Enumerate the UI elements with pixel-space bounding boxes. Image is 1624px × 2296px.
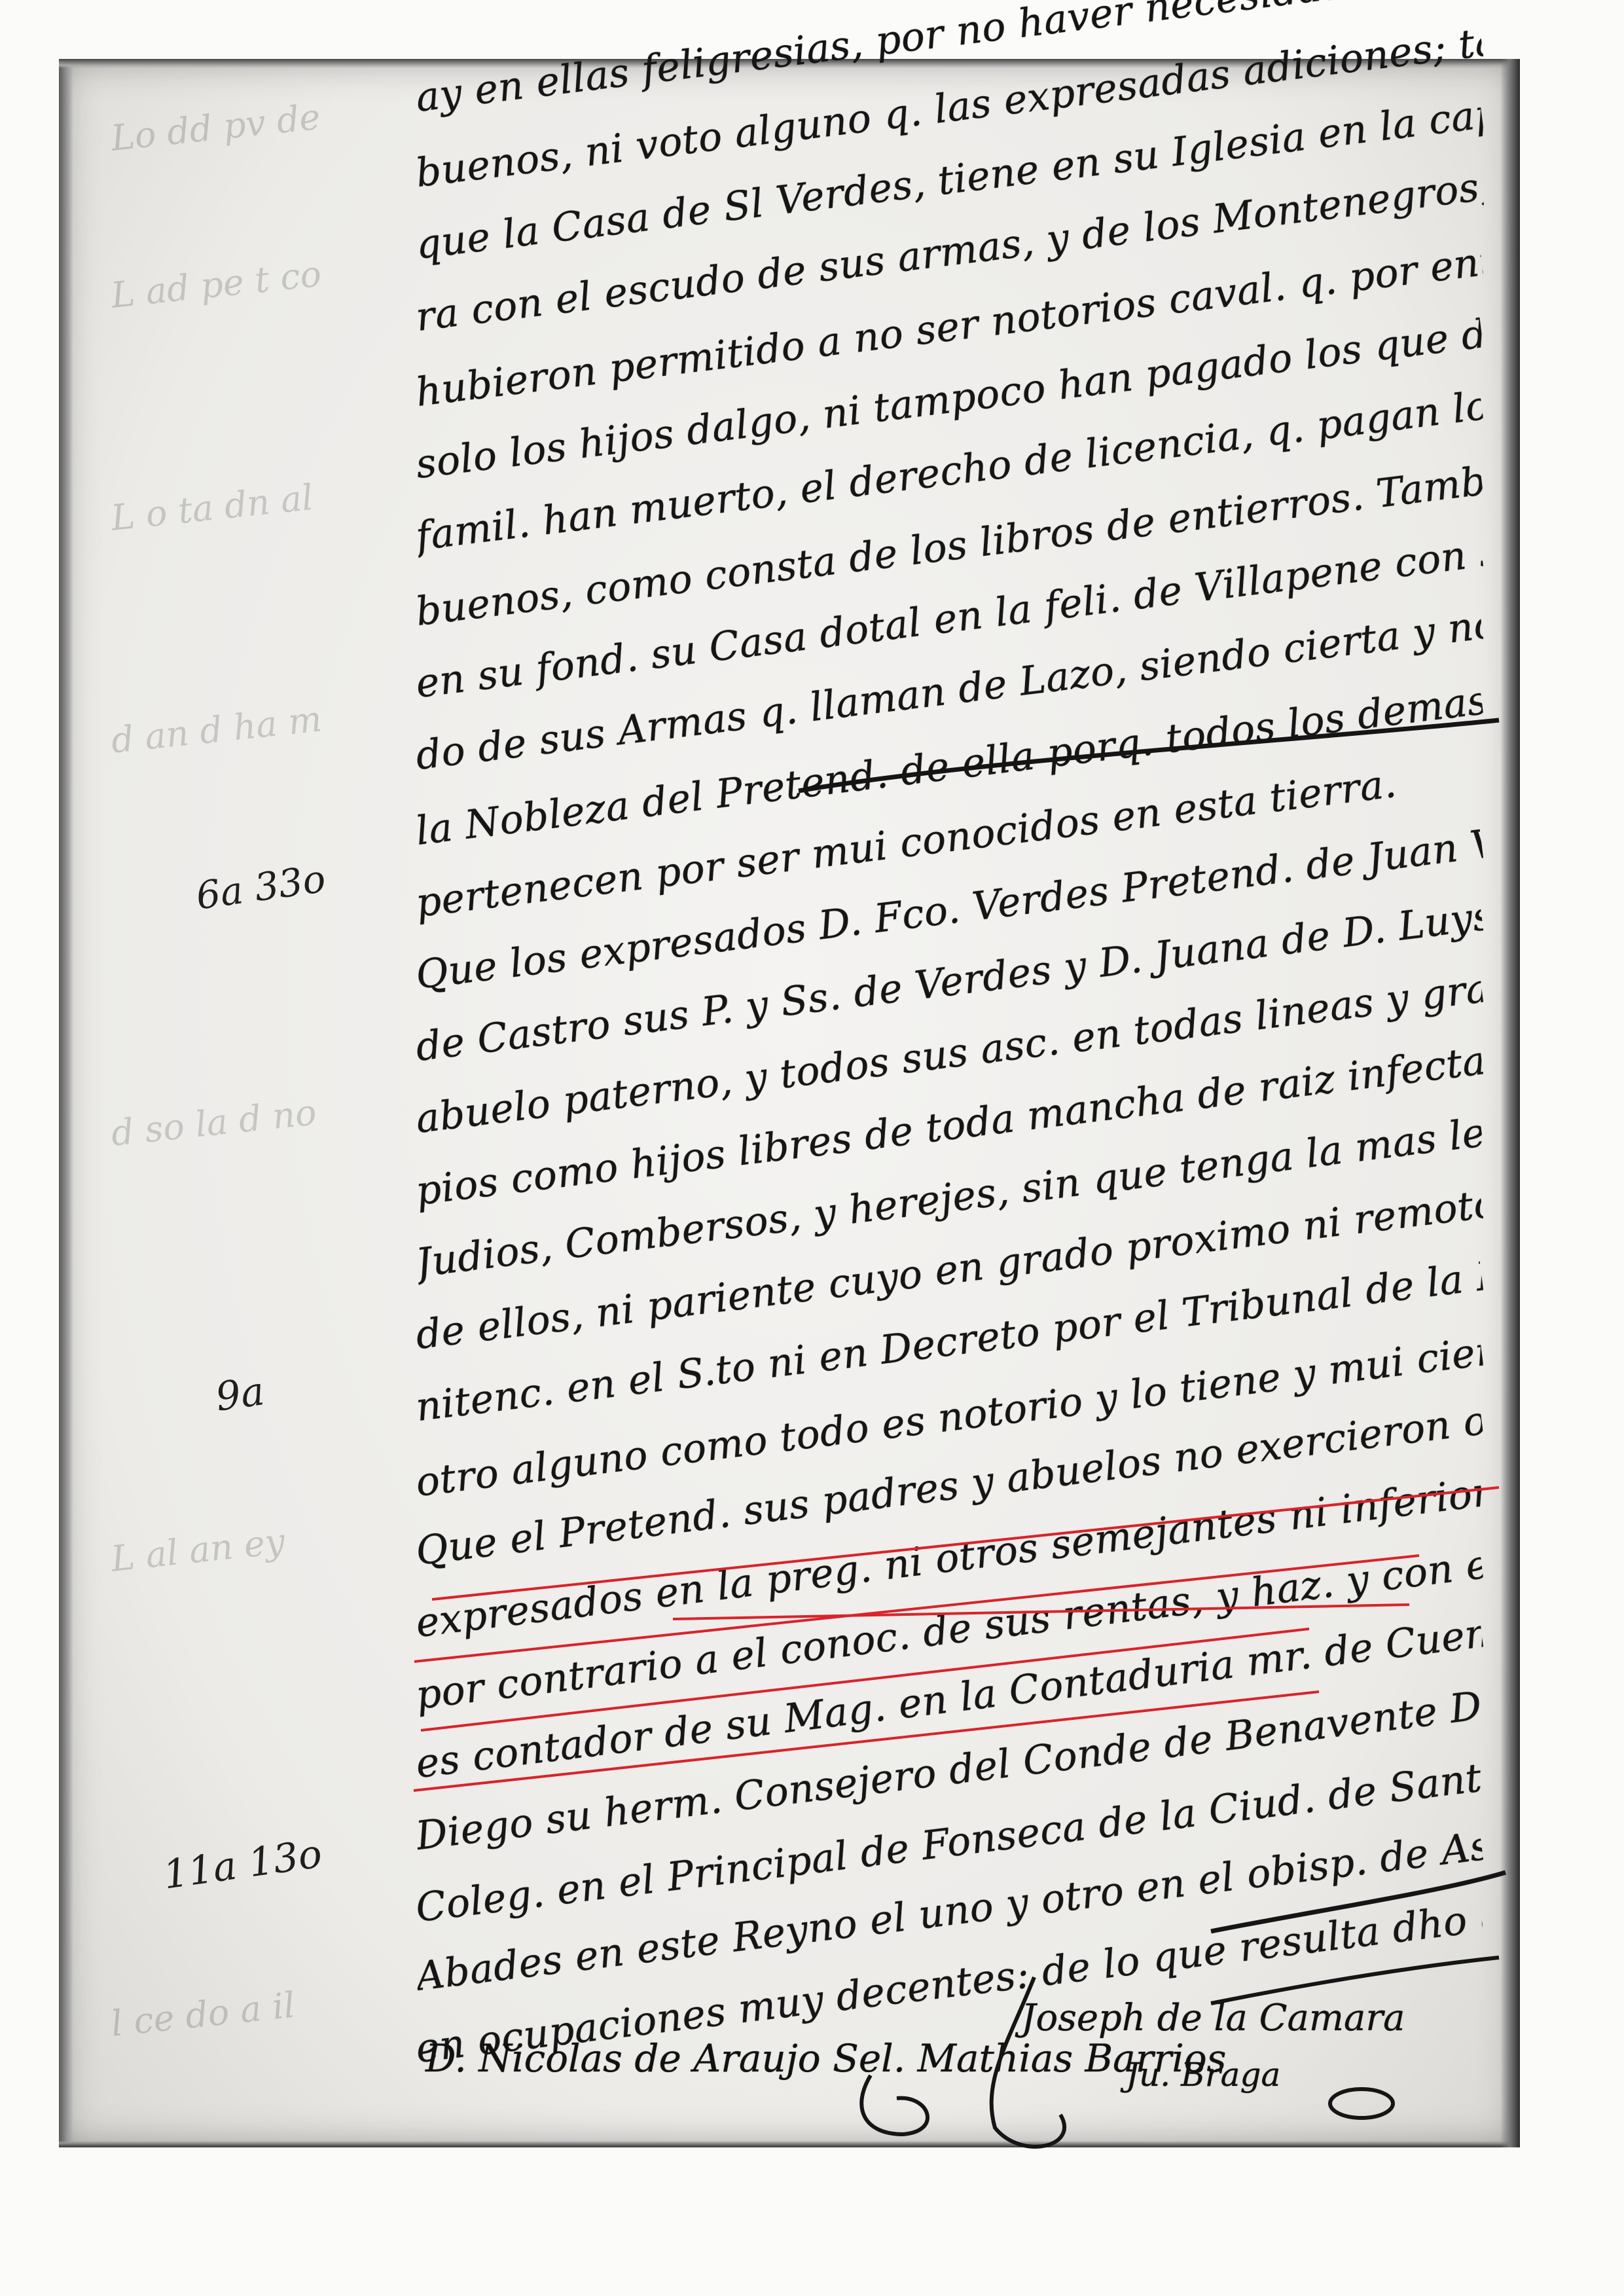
margin-note-9a: 9a bbox=[213, 1368, 267, 1421]
signature-camara: Joseph de la Camara bbox=[1021, 1997, 1405, 2039]
signature-araujo: D. Nicolas de Araujo Sel. Mathias Barrio… bbox=[425, 2036, 1226, 2081]
page-bottom-edge bbox=[59, 2141, 1520, 2147]
signature-braga: Ju. Braga bbox=[1126, 2056, 1280, 2094]
